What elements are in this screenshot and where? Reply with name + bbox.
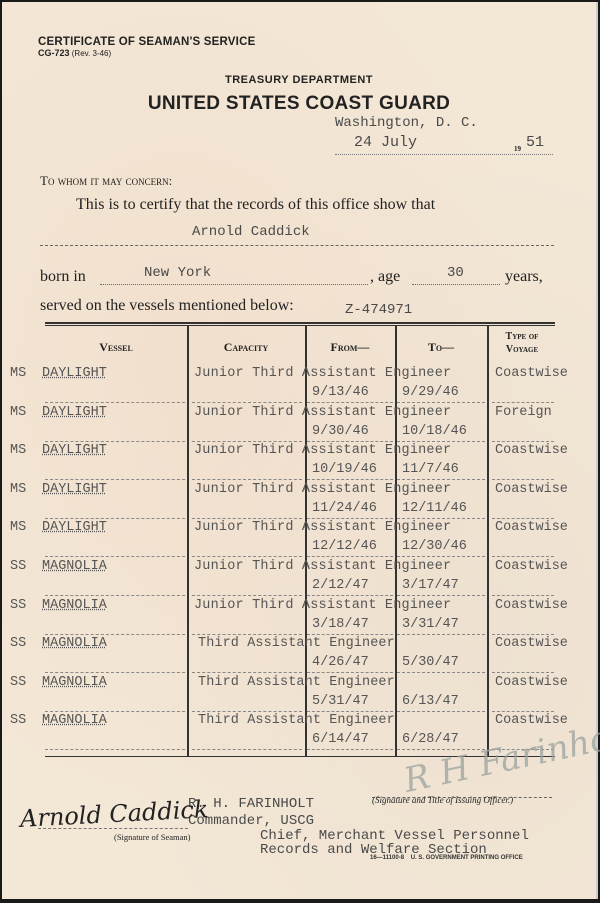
- capacity: Third Assistant Engineer: [198, 636, 395, 651]
- capacity: Third Assistant Engineer: [198, 675, 395, 690]
- issue-date: 24 July: [354, 134, 417, 151]
- served-label: served on the vessels mentioned below:: [40, 297, 294, 315]
- row-dotted-line: [45, 711, 185, 712]
- voyage-type: Coastwise: [495, 598, 568, 613]
- date-to: 6/13/47: [402, 694, 459, 709]
- capacity: Junior Third Assistant Engineer: [194, 405, 451, 420]
- date-from: 2/12/47: [312, 578, 369, 593]
- row-dotted-line: [45, 749, 185, 750]
- date-to: 3/17/47: [402, 578, 459, 593]
- row-dotted-line: [492, 634, 554, 635]
- col-divider: [305, 326, 307, 756]
- years-label: years,: [505, 268, 543, 286]
- voyage-type: Coastwise: [495, 482, 568, 497]
- birthplace: New York: [144, 265, 211, 281]
- row-dotted-line: [492, 556, 554, 557]
- row-dotted-line: [492, 479, 554, 480]
- print-code: 16—11100-8: [370, 855, 404, 861]
- row-dotted-line: [45, 634, 185, 635]
- row-dotted-line: [45, 518, 185, 519]
- form-title: CERTIFICATE OF SEAMAN'S SERVICE: [38, 36, 255, 48]
- row-dotted-line: [492, 441, 554, 442]
- vessel-name: MAGNOLIA: [42, 559, 107, 574]
- vessel-prefix: MS: [10, 405, 26, 420]
- form-code: CG-723: [38, 48, 70, 58]
- row-dotted-line: [397, 402, 485, 403]
- row-dotted-line: [45, 595, 185, 596]
- row-dotted-line: [307, 749, 393, 750]
- vessel-prefix: MS: [10, 366, 26, 381]
- department: TREASURY DEPARTMENT: [2, 74, 596, 86]
- form-revision: (Rev. 3-46): [72, 49, 111, 58]
- vessel-name: MAGNOLIA: [42, 636, 107, 651]
- row-dotted-line: [492, 402, 554, 403]
- voyage-type: Coastwise: [495, 520, 568, 535]
- date-to: 3/31/47: [402, 617, 459, 632]
- table-top-rule-2: [45, 325, 555, 326]
- header-type-of: Type of: [487, 331, 557, 342]
- row-dotted-line: [192, 634, 302, 635]
- row-dotted-line: [192, 749, 302, 750]
- row-dotted-line: [492, 711, 554, 712]
- row-dotted-line: [45, 479, 185, 480]
- form-number: CG-723 (Rev. 3-46): [38, 48, 111, 58]
- vessel-prefix: SS: [10, 598, 26, 613]
- seaman-name: Arnold Caddick: [192, 224, 310, 240]
- vessel-name: DAYLIGHT: [42, 443, 107, 458]
- capacity: Junior Third Assistant Engineer: [194, 443, 451, 458]
- name-line: [40, 245, 554, 246]
- vessel-name: MAGNOLIA: [42, 675, 107, 690]
- officer-caption: (Signature and Title of Issuing Officer.…: [372, 795, 513, 805]
- voyage-type: Coastwise: [495, 636, 568, 651]
- row-dotted-line: [492, 595, 554, 596]
- capacity: Junior Third Assistant Engineer: [194, 482, 451, 497]
- row-dotted-line: [397, 518, 485, 519]
- vessel-name: DAYLIGHT: [42, 482, 107, 497]
- row-dotted-line: [192, 595, 302, 596]
- vessel-name: MAGNOLIA: [42, 713, 107, 728]
- agency-title: UNITED STATES COAST GUARD: [2, 93, 596, 115]
- row-dotted-line: [397, 441, 485, 442]
- capacity: Junior Third Assistant Engineer: [194, 598, 451, 613]
- voyage-type: Coastwise: [495, 559, 568, 574]
- row-dotted-line: [45, 441, 185, 442]
- age-label: , age: [370, 268, 400, 286]
- voyage-type: Coastwise: [495, 675, 568, 690]
- vessel-prefix: MS: [10, 520, 26, 535]
- vessel-prefix: MS: [10, 443, 26, 458]
- header-voyage: Voyage: [487, 344, 557, 355]
- row-dotted-line: [45, 402, 185, 403]
- age-value: 30: [447, 265, 464, 281]
- date-from: 3/18/47: [312, 617, 369, 632]
- row-dotted-line: [397, 595, 485, 596]
- row-dotted-line: [307, 402, 393, 403]
- date-from: 4/26/47: [312, 655, 369, 670]
- born-label: born in: [40, 268, 86, 286]
- vessel-name: DAYLIGHT: [42, 366, 107, 381]
- row-dotted-line: [192, 479, 302, 480]
- header-to: To—: [395, 340, 487, 355]
- voyage-type: Coastwise: [495, 366, 568, 381]
- row-dotted-line: [397, 672, 485, 673]
- date-from: 12/12/46: [312, 539, 377, 554]
- row-dotted-line: [397, 711, 485, 712]
- row-dotted-line: [192, 518, 302, 519]
- row-dotted-line: [192, 556, 302, 557]
- age-line: [412, 284, 500, 285]
- date-from: 11/24/46: [312, 501, 377, 516]
- vessel-prefix: SS: [10, 713, 26, 728]
- year-prefix: 19: [514, 145, 521, 153]
- printer-name: U. S. GOVERNMENT PRINTING OFFICE: [411, 855, 523, 861]
- printer-imprint: 16—11100-8 U. S. GOVERNMENT PRINTING OFF…: [370, 855, 523, 861]
- issue-city: Washington, D. C.: [335, 115, 478, 131]
- vessel-prefix: SS: [10, 559, 26, 574]
- vessel-prefix: SS: [10, 636, 26, 651]
- date-from: 6/14/47: [312, 732, 369, 747]
- date-to: 9/29/46: [402, 385, 459, 400]
- date-to: 10/18/46: [402, 424, 467, 439]
- date-to: 12/11/46: [402, 501, 467, 516]
- row-dotted-line: [45, 556, 185, 557]
- capacity: Junior Third Assistant Engineer: [194, 520, 451, 535]
- row-dotted-line: [307, 518, 393, 519]
- col-divider: [187, 326, 189, 756]
- header-capacity: Capacity: [187, 340, 305, 355]
- capacity: Junior Third Assistant Engineer: [194, 559, 451, 574]
- row-dotted-line: [45, 672, 185, 673]
- voyage-type: Coastwise: [495, 713, 568, 728]
- date-to: 5/30/47: [402, 655, 459, 670]
- seaman-caption: (Signature of Seaman): [114, 832, 190, 842]
- certificate-document: CERTIFICATE OF SEAMAN'S SERVICE CG-723 (…: [2, 2, 598, 899]
- capacity: Junior Third Assistant Engineer: [194, 366, 451, 381]
- vessel-name: DAYLIGHT: [42, 520, 107, 535]
- capacity: Third Assistant Engineer: [198, 713, 395, 728]
- row-dotted-line: [492, 518, 554, 519]
- row-dotted-line: [307, 441, 393, 442]
- salutation: To whom it may concern:: [40, 173, 172, 189]
- header-from: From—: [305, 340, 395, 355]
- vessel-name: DAYLIGHT: [42, 405, 107, 420]
- row-dotted-line: [307, 672, 393, 673]
- row-dotted-line: [307, 595, 393, 596]
- issue-year: 51: [526, 134, 544, 151]
- vessel-name: MAGNOLIA: [42, 598, 107, 613]
- row-dotted-line: [397, 634, 485, 635]
- voyage-type: Foreign: [495, 405, 552, 420]
- date-from: 9/13/46: [312, 385, 369, 400]
- row-dotted-line: [307, 711, 393, 712]
- date-to: 6/28/47: [402, 732, 459, 747]
- voyage-type: Coastwise: [495, 443, 568, 458]
- row-dotted-line: [307, 556, 393, 557]
- row-dotted-line: [192, 402, 302, 403]
- seaman-signature-line: [38, 828, 188, 829]
- header-vessel: Vessel: [45, 340, 187, 355]
- row-dotted-line: [307, 479, 393, 480]
- row-dotted-line: [397, 556, 485, 557]
- row-dotted-line: [192, 672, 302, 673]
- date-to: 11/7/46: [402, 462, 459, 477]
- row-dotted-line: [397, 479, 485, 480]
- row-dotted-line: [192, 711, 302, 712]
- vessel-prefix: MS: [10, 482, 26, 497]
- certify-text: This is to certify that the records of t…: [76, 196, 435, 214]
- row-dotted-line: [307, 634, 393, 635]
- col-divider: [487, 326, 489, 756]
- date-from: 10/19/46: [312, 462, 377, 477]
- table-top-rule: [45, 322, 555, 324]
- date-from: 9/30/46: [312, 424, 369, 439]
- z-number: Z-474971: [345, 302, 412, 318]
- born-line: [100, 284, 368, 285]
- row-dotted-line: [192, 441, 302, 442]
- row-dotted-line: [492, 672, 554, 673]
- vessel-prefix: SS: [10, 675, 26, 690]
- col-divider: [395, 326, 397, 756]
- date-to: 12/30/46: [402, 539, 467, 554]
- date-from: 5/31/47: [312, 694, 369, 709]
